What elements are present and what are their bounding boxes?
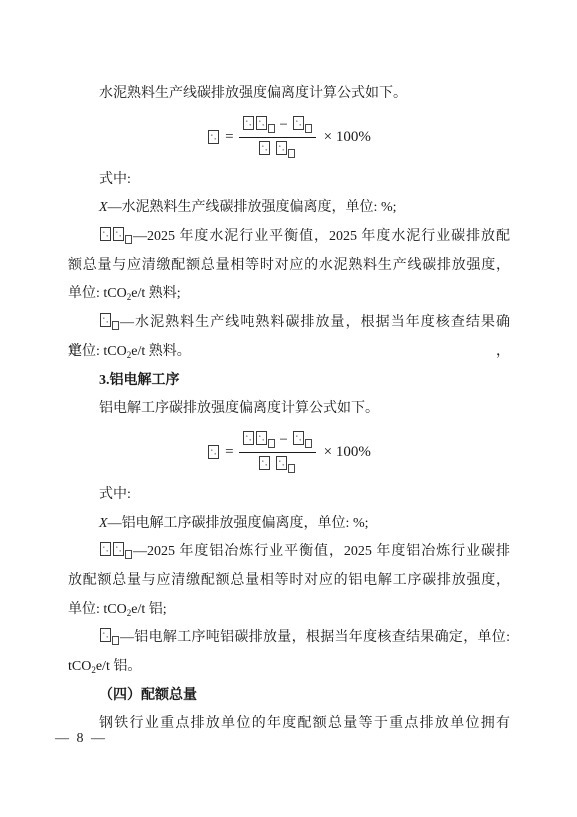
missing-glyph-box: [100, 542, 111, 556]
missing-glyph-box: [100, 227, 111, 241]
missing-glyph-box: [243, 116, 254, 130]
missing-glyph-box: [113, 542, 124, 556]
missing-glyph-box: [259, 141, 270, 155]
missing-glyph-subscript-box: [268, 439, 275, 448]
heading-line: （四）配额总量: [68, 682, 510, 711]
missing-glyph-subscript-box: [125, 235, 132, 244]
numerator: −: [239, 431, 316, 453]
text-line: —铝电解工序吨铝碳排放量，根据当年度核查结果确定，单位:: [68, 624, 510, 653]
missing-glyph-box: [256, 116, 267, 130]
text-segment: —2025 年度水泥行业平衡值，2025 年度水泥行业碳排放配: [133, 229, 510, 244]
text-segment: 水泥熟料生产线碳排放强度偏离度计算公式如下。: [99, 86, 407, 101]
text-segment: —铝电解工序碳排放强度偏离度，单位: %;: [108, 516, 369, 531]
text-segment: −: [276, 432, 292, 448]
text-segment: —水泥熟料生产线碳排放强度偏离度，单位: %;: [108, 200, 397, 215]
denominator: [258, 453, 296, 474]
formula: = − × 100%: [68, 109, 510, 166]
missing-glyph-box: [208, 130, 219, 144]
text-segment: 放配额总量与应清缴配额总量相等时对应的铝电解工序碳排放强度，: [68, 573, 510, 588]
document-body: 水泥熟料生产线碳排放强度偏离度计算公式如下。= − × 100%式中:X—水泥熟…: [68, 80, 510, 739]
text-segment: 式中:: [99, 172, 131, 187]
text-line: tCO2e/t 铝。: [68, 653, 510, 682]
text-segment: e/t 铝;: [131, 602, 166, 617]
text-segment: —2025 年度铝冶炼行业平衡值，2025 年度铝冶炼行业碳排: [133, 544, 510, 559]
times-100-percent: × 100%: [322, 123, 371, 152]
text-segment: 式中:: [99, 487, 131, 502]
text-line: 额总量与应清缴配额总量相等时对应的水泥熟料生产线碳排放强度，: [68, 252, 510, 281]
fraction: −: [239, 116, 316, 158]
missing-glyph-box: [100, 313, 111, 327]
text-line: 钢铁行业重点排放单位的年度配额总量等于重点排放单位拥有: [68, 710, 510, 739]
document-page: 水泥熟料生产线碳排放强度偏离度计算公式如下。= − × 100%式中:X—水泥熟…: [0, 0, 577, 817]
text-line: X—水泥熟料生产线碳排放强度偏离度，单位: %;: [68, 194, 510, 223]
text-segment: 单位: tCO: [68, 602, 127, 617]
text-segment: 钢铁行业重点排放单位的年度配额总量等于重点排放单位拥有: [99, 716, 510, 731]
missing-glyph-subscript-box: [268, 124, 275, 133]
missing-glyph-subscript-box: [112, 636, 119, 645]
text-line: 铝电解工序碳排放强度偏离度计算公式如下。: [68, 395, 510, 424]
missing-glyph-subscript-box: [305, 124, 312, 133]
missing-glyph-box: [100, 628, 111, 642]
denominator: [258, 138, 296, 159]
equals-sign: =: [220, 438, 238, 467]
text-segment: e/t 铝。: [96, 659, 142, 674]
text-line: 式中:: [68, 481, 510, 510]
text-segment: −: [276, 117, 292, 133]
missing-glyph-subscript-box: [288, 464, 295, 473]
missing-glyph-box: [113, 227, 124, 241]
missing-glyph-box: [276, 141, 287, 155]
numerator: −: [239, 116, 316, 138]
text-line: —2025 年度铝冶炼行业平衡值，2025 年度铝冶炼行业碳排: [68, 538, 510, 567]
fraction: −: [239, 431, 316, 473]
text-line: —水泥熟料生产线吨熟料碳排放量，根据当年度核查结果确定，: [68, 309, 510, 338]
text-segment: 单位: tCO: [68, 344, 127, 359]
text-line: 式中:: [68, 166, 510, 195]
text-segment: 单位: tCO: [68, 286, 127, 301]
missing-glyph-subscript-box: [288, 149, 295, 158]
missing-glyph-box: [259, 456, 270, 470]
text-line: 水泥熟料生产线碳排放强度偏离度计算公式如下。: [68, 80, 510, 109]
text-segment: —铝电解工序吨铝碳排放量，根据当年度核查结果确定，单位:: [120, 630, 510, 645]
times-100-percent: × 100%: [322, 438, 371, 467]
missing-glyph-subscript-box: [125, 550, 132, 559]
text-segment: [271, 457, 275, 473]
text-segment: e/t 熟料。: [131, 344, 191, 359]
text-segment: X: [99, 200, 108, 215]
text-line: —2025 年度水泥行业平衡值，2025 年度水泥行业碳排放配: [68, 223, 510, 252]
text-segment: e/t 熟料;: [131, 286, 180, 301]
text-segment: 3.铝电解工序: [99, 373, 180, 388]
formula: = − × 100%: [68, 424, 510, 481]
text-segment: [271, 142, 275, 158]
text-line: 单位: tCO2e/t 铝;: [68, 596, 510, 625]
text-segment: 额总量与应清缴配额总量相等时对应的水泥熟料生产线碳排放强度，: [68, 258, 510, 273]
text-segment: X: [99, 516, 108, 531]
missing-glyph-subscript-box: [112, 321, 119, 330]
text-segment: 铝电解工序碳排放强度偏离度计算公式如下。: [99, 401, 379, 416]
missing-glyph-subscript-box: [305, 439, 312, 448]
equals-sign: =: [220, 123, 238, 152]
text-line: 放配额总量与应清缴配额总量相等时对应的铝电解工序碳排放强度，: [68, 567, 510, 596]
text-line: 单位: tCO2e/t 熟料;: [68, 280, 510, 309]
text-line: X—铝电解工序碳排放强度偏离度，单位: %;: [68, 510, 510, 539]
missing-glyph-box: [208, 445, 219, 459]
missing-glyph-box: [293, 116, 304, 130]
missing-glyph-box: [276, 456, 287, 470]
missing-glyph-box: [293, 431, 304, 445]
text-segment: （四）配额总量: [99, 688, 197, 703]
heading-line: 3.铝电解工序: [68, 367, 510, 396]
page-number: — 8 —: [55, 731, 107, 747]
missing-glyph-box: [243, 431, 254, 445]
text-segment: tCO: [68, 659, 91, 674]
missing-glyph-box: [256, 431, 267, 445]
